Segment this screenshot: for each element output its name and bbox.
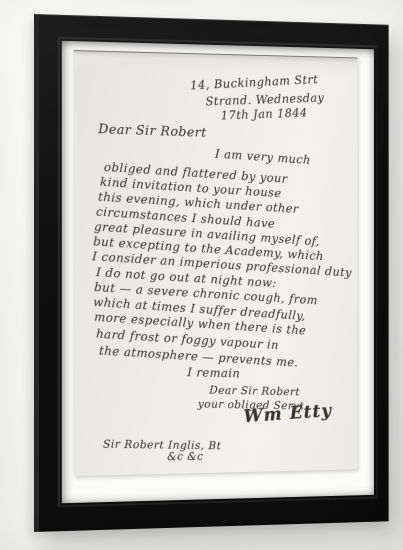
recipient-line: &c &c	[167, 451, 204, 462]
address-line: 14, Buckingham Strt	[190, 73, 319, 91]
letter-paper: 14, Buckingham Strt Strand. Wednesday 17…	[74, 50, 358, 476]
letter-line: I am very much	[215, 148, 311, 166]
address-line: 17th Jan 1844	[220, 107, 307, 122]
closing-line: Dear Sir Robert	[209, 385, 300, 398]
frame-mat: 14, Buckingham Strt Strand. Wednesday 17…	[62, 41, 374, 503]
closing-line: I remain	[187, 366, 240, 379]
picture-frame: 14, Buckingham Strt Strand. Wednesday 17…	[34, 14, 389, 532]
salutation: Dear Sir Robert	[98, 123, 207, 140]
photo-background: 14, Buckingham Strt Strand. Wednesday 17…	[0, 0, 403, 550]
signature: Wm Etty	[243, 402, 332, 426]
